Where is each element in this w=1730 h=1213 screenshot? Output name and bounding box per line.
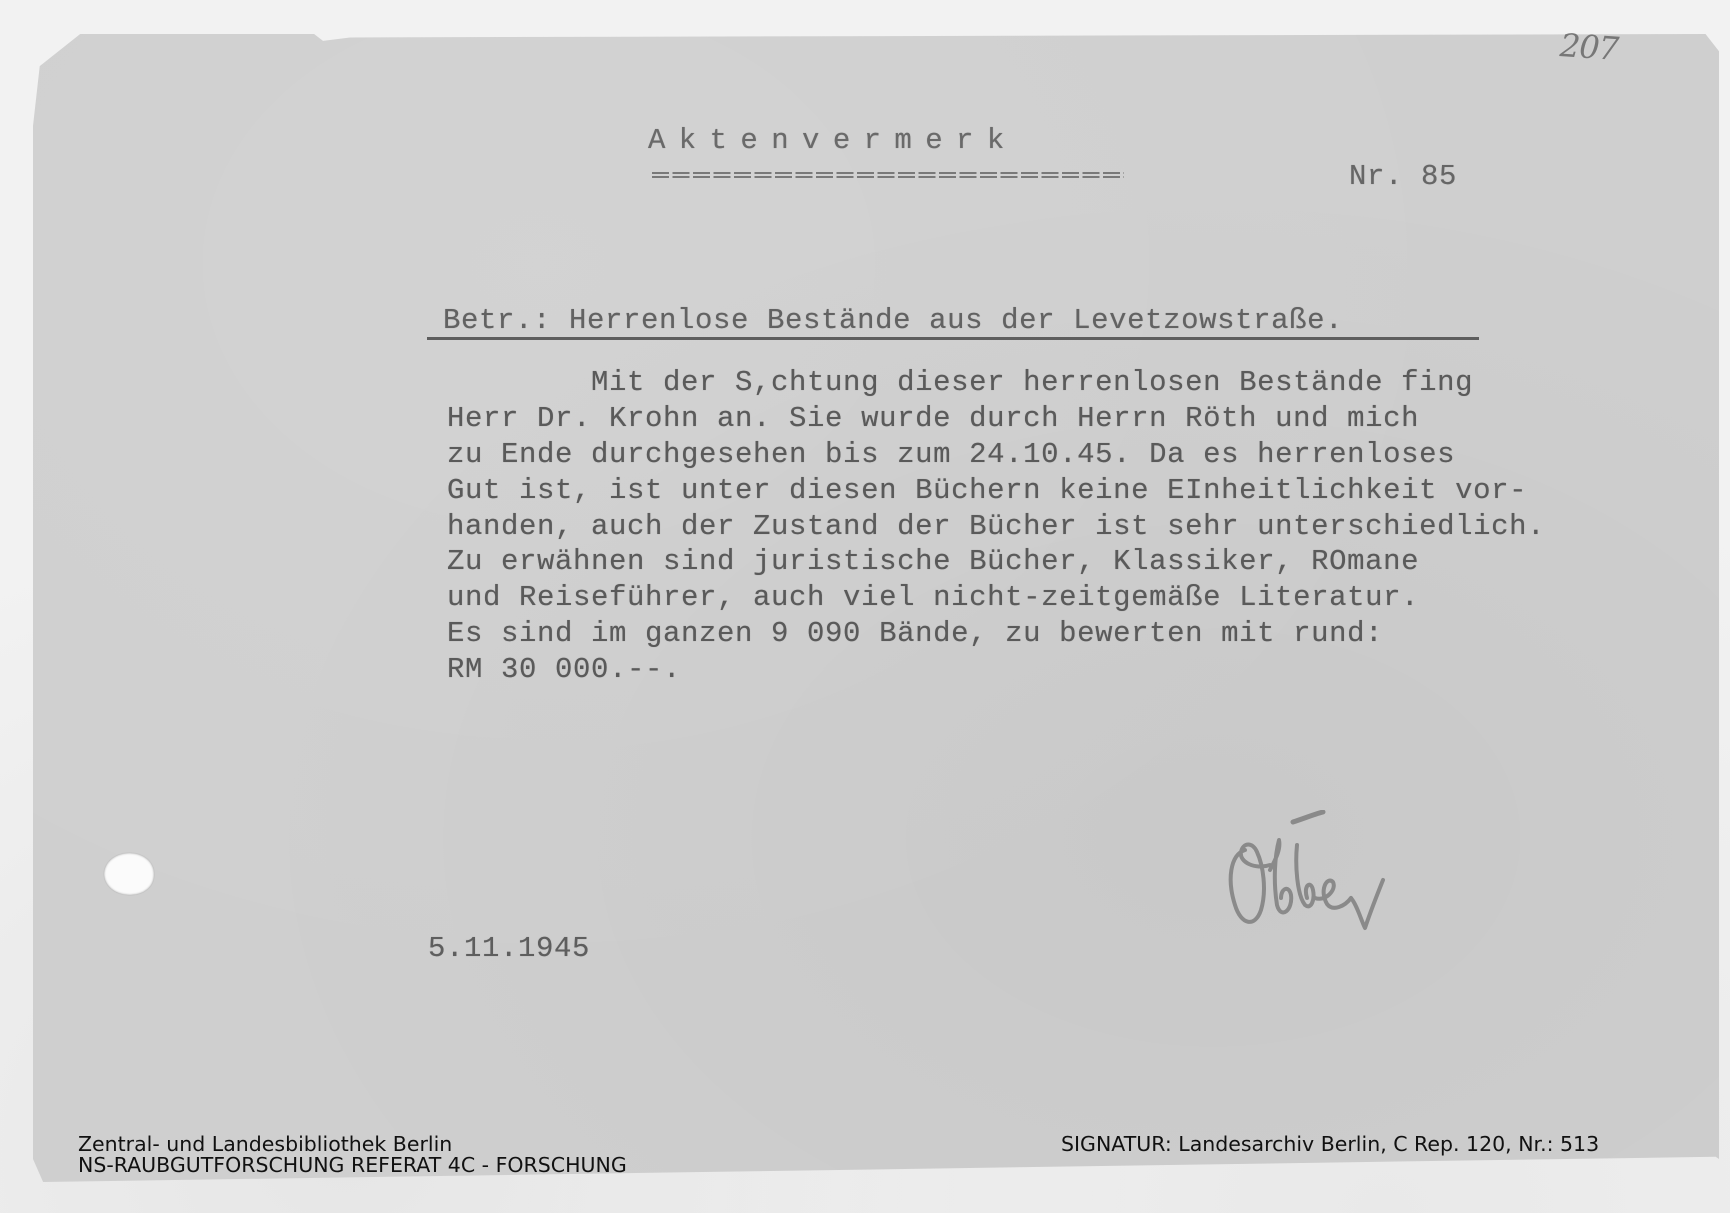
footer-signatur: SIGNATUR: Landesarchiv Berlin, C Rep. 12…	[1061, 1134, 1599, 1155]
body-line: Gut ist, ist unter diesen Büchern keine …	[447, 473, 1545, 509]
subject-line: Betr.: Herrenlose Bestände aus der Levet…	[443, 306, 1343, 335]
body-line: RM 30 000.--.	[447, 652, 1545, 688]
footer-institution: Zentral- und Landesbibliothek Berlin NS-…	[78, 1134, 627, 1176]
title-double-underline	[652, 172, 1124, 180]
body-line: Herr Dr. Krohn an. Sie wurde durch Herrn…	[447, 401, 1545, 437]
document-number: Nr. 85	[1349, 162, 1457, 191]
body-line: handen, auch der Zustand der Bücher ist …	[447, 509, 1545, 545]
body-line: Es sind im ganzen 9 090 Bände, zu bewert…	[447, 616, 1545, 652]
body-line: Mit der S,chtung dieser herrenlosen Best…	[447, 365, 1545, 401]
body-line: und Reiseführer, auch viel nicht-zeitgem…	[447, 580, 1545, 616]
subject-underline	[427, 337, 1479, 340]
handwritten-signature	[1215, 810, 1395, 950]
document-title: Aktenvermerk	[648, 126, 1018, 155]
handwritten-page-number: 207	[1559, 26, 1620, 68]
body-text: Mit der S,chtung dieser herrenlosen Best…	[447, 365, 1545, 688]
body-line: Zu erwähnen sind juristische Bücher, Kla…	[447, 544, 1545, 580]
footer-institution-line2: NS-RAUBGUTFORSCHUNG REFERAT 4C - FORSCHU…	[78, 1153, 627, 1177]
punch-hole	[104, 853, 154, 895]
document-date: 5.11.1945	[428, 934, 590, 963]
body-line: zu Ende durchgesehen bis zum 24.10.45. D…	[447, 437, 1545, 473]
